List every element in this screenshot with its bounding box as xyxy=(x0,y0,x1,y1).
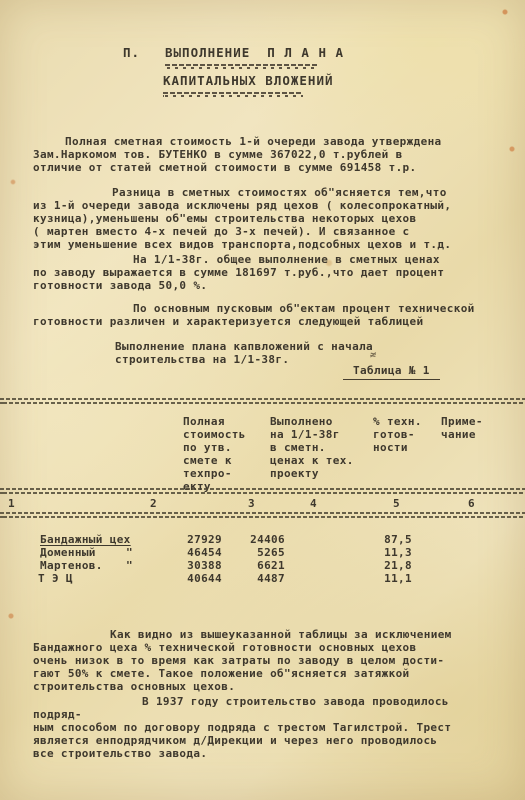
col-number: 4 xyxy=(310,497,317,510)
col-number: 2 xyxy=(150,497,157,510)
table-header-cost: Полная стоимость по утв. смете к техпро-… xyxy=(183,415,273,493)
col-number: 3 xyxy=(248,497,255,510)
table-rule-top xyxy=(0,398,525,405)
table-label: Таблица № 1 xyxy=(343,364,440,380)
row-done: 4487 xyxy=(222,572,285,585)
row-percent: 87,5 xyxy=(356,533,412,546)
paragraph-cost-difference: Разница в сметных стоимостях об"ясняется… xyxy=(33,186,503,251)
table-header-percent: % техн. готов- ности xyxy=(373,415,433,454)
table-row: Мартенов. " 30388 6621 21,8 xyxy=(0,559,525,572)
table-row: Бандажный цех 27929 24406 87,5 xyxy=(0,533,525,546)
row-percent: 11,3 xyxy=(356,546,412,559)
row-name: Мартенов. xyxy=(40,559,103,572)
subtitle-underline xyxy=(163,92,303,97)
table-column-numbers: 1 2 3 4 5 6 xyxy=(0,497,525,510)
row-percent: 11,1 xyxy=(356,572,412,585)
table-rule-mid2 xyxy=(0,512,525,519)
row-cost: 46454 xyxy=(150,546,222,559)
ditto-mark: " xyxy=(126,559,133,572)
paragraph-total-cost: Полная сметная стоимость 1-й очереди зав… xyxy=(33,135,493,174)
page-title: ВЫПОЛНЕНИЕ П Л А Н А xyxy=(165,46,344,59)
col-number: 5 xyxy=(393,497,400,510)
section-number: П. xyxy=(123,46,140,59)
col-number: 6 xyxy=(468,497,475,510)
table-header-note: Приме- чание xyxy=(441,415,501,441)
row-cost: 27929 xyxy=(150,533,222,546)
col-number: 1 xyxy=(8,497,15,510)
table-row: Доменный " 46454 5265 11,3 xyxy=(0,546,525,559)
table-caption: Выполнение плана капвложений с начала ст… xyxy=(115,340,435,366)
page-subtitle: КАПИТАЛЬНЫХ ВЛОЖЕНИЙ xyxy=(163,74,334,87)
ditto-mark: " xyxy=(126,546,133,559)
row-name: Т Э Ц xyxy=(38,572,73,585)
table-rule-mid1 xyxy=(0,488,525,495)
scanned-document-page: П. ВЫПОЛНЕНИЕ П Л А Н А КАПИТАЛЬНЫХ ВЛОЖ… xyxy=(0,0,525,800)
table-header-done: Выполнено на 1/1-38г в сметн. ценах к те… xyxy=(270,415,370,480)
row-cost: 30388 xyxy=(150,559,222,572)
table-row: Т Э Ц 40644 4487 11,1 xyxy=(0,572,525,585)
row-cost: 40644 xyxy=(150,572,222,585)
document-ink-layer: П. ВЫПОЛНЕНИЕ П Л А Н А КАПИТАЛЬНЫХ ВЛОЖ… xyxy=(0,0,525,800)
row-done: 5265 xyxy=(222,546,285,559)
row-done: 24406 xyxy=(222,533,285,546)
paragraph-table-conclusion: Как видно из вышеуказанной таблицы за ис… xyxy=(33,628,503,693)
row-percent: 21,8 xyxy=(356,559,412,572)
paragraph-contractor: В 1937 году строительство завода проводи… xyxy=(33,695,503,760)
title-underline xyxy=(165,64,317,69)
row-name: Доменный xyxy=(40,546,96,559)
paragraph-completion: На 1/1-38г. общее выполнение в сметных ц… xyxy=(33,253,503,292)
row-done: 6621 xyxy=(222,559,285,572)
paragraph-readiness: По основным пусковым об"ектам процент те… xyxy=(33,302,503,328)
row-name: Бандажный цех xyxy=(40,533,131,546)
